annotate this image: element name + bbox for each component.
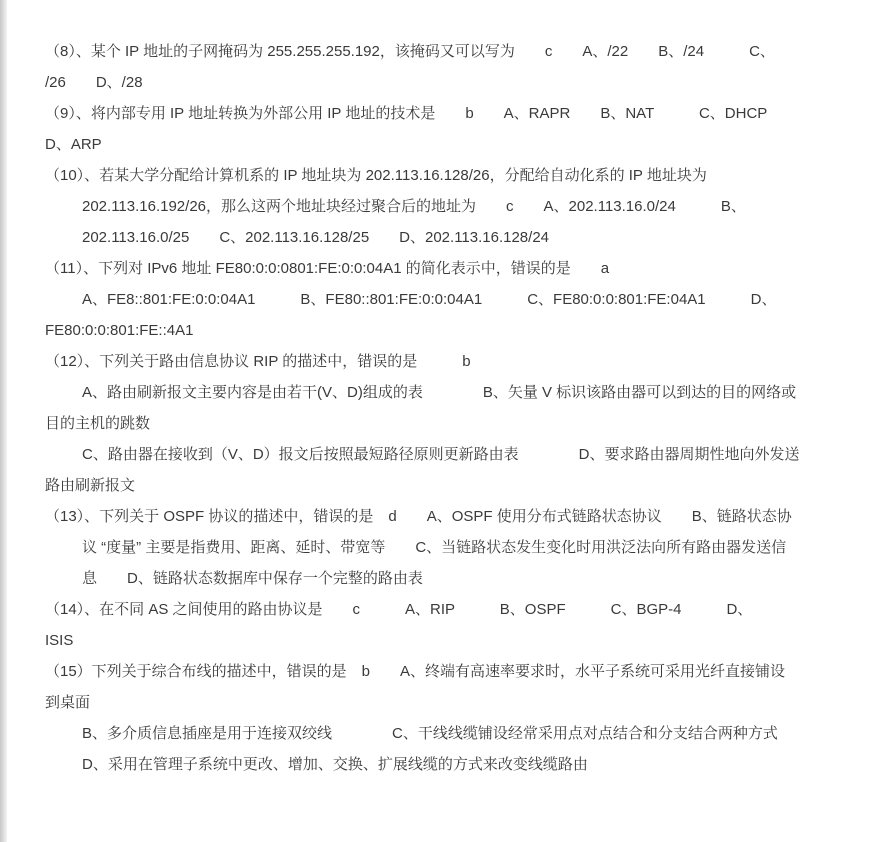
question-block-12: （12）、下列关于路由信息协议 RIP 的描述中，错误的是 bA、路由刷新报文主… — [45, 346, 835, 501]
question-block-14: （14）、在不同 AS 之间使用的路由协议是 c A、RIP B、OSPF C、… — [45, 594, 835, 656]
question-block-15: （15）下列关于综合布线的描述中，错误的是 b A、终端有高速率要求时，水平子系… — [45, 656, 835, 780]
page-left-edge — [0, 0, 7, 842]
question-line: 202.113.16.192/26，那么这两个地址块经过聚合后的地址为 c A、… — [82, 191, 835, 222]
question-line: D、采用在管理子系统中更改、增加、交换、扩展线缆的方式来改变线缆路由 — [82, 749, 835, 780]
question-line: 目的主机的跳数 — [45, 408, 835, 439]
question-line: （8）、某个 IP 地址的子网掩码为 255.255.255.192，该掩码又可… — [45, 36, 835, 67]
question-block-8: （8）、某个 IP 地址的子网掩码为 255.255.255.192，该掩码又可… — [45, 36, 835, 98]
question-block-9: （9）、将内部专用 IP 地址转换为外部公用 IP 地址的技术是 b A、RAP… — [45, 98, 835, 160]
question-line: 息 D、链路状态数据库中保存一个完整的路由表 — [82, 563, 835, 594]
question-block-13: （13）、下列关于 OSPF 协议的描述中，错误的是 d A、OSPF 使用分布… — [45, 501, 835, 594]
question-line: （14）、在不同 AS 之间使用的路由协议是 c A、RIP B、OSPF C、… — [45, 594, 835, 625]
question-line: 议 “度量” 主要是指费用、距离、延时、带宽等 C、当链路状态发生变化时用洪泛法… — [82, 532, 835, 563]
question-line: （11）、下列对 IPv6 地址 FE80:0:0:0801:FE:0:0:04… — [45, 253, 835, 284]
question-line: ISIS — [45, 625, 835, 656]
document-page: （8）、某个 IP 地址的子网掩码为 255.255.255.192，该掩码又可… — [0, 0, 870, 842]
question-line: （15）下列关于综合布线的描述中，错误的是 b A、终端有高速率要求时，水平子系… — [45, 656, 835, 687]
question-line: B、多介质信息插座是用于连接双绞线 C、干线线缆铺设经常采用点对点结合和分支结合… — [82, 718, 835, 749]
question-line: （10）、若某大学分配给计算机系的 IP 地址块为 202.113.16.128… — [45, 160, 835, 191]
question-block-11: （11）、下列对 IPv6 地址 FE80:0:0:0801:FE:0:0:04… — [45, 253, 835, 346]
question-line: （12）、下列关于路由信息协议 RIP 的描述中，错误的是 b — [45, 346, 835, 377]
question-line: A、路由刷新报文主要内容是由若干(V、D)组成的表 B、矢量 V 标识该路由器可… — [82, 377, 835, 408]
question-line: （9）、将内部专用 IP 地址转换为外部公用 IP 地址的技术是 b A、RAP… — [45, 98, 835, 129]
question-block-10: （10）、若某大学分配给计算机系的 IP 地址块为 202.113.16.128… — [45, 160, 835, 253]
question-line: FE80:0:0:801:FE::4A1 — [45, 315, 835, 346]
question-line: D、ARP — [45, 129, 835, 160]
question-line: C、路由器在接收到（V、D）报文后按照最短路径原则更新路由表 D、要求路由器周期… — [82, 439, 835, 470]
question-line: 到桌面 — [45, 687, 835, 718]
question-line: （13）、下列关于 OSPF 协议的描述中，错误的是 d A、OSPF 使用分布… — [45, 501, 835, 532]
question-line: 202.113.16.0/25 C、202.113.16.128/25 D、20… — [82, 222, 835, 253]
question-line: A、FE8::801:FE:0:0:04A1 B、FE80::801:FE:0:… — [82, 284, 835, 315]
question-line: /26 D、/28 — [45, 67, 835, 98]
question-line: 路由刷新报文 — [45, 470, 835, 501]
question-text-area: （8）、某个 IP 地址的子网掩码为 255.255.255.192，该掩码又可… — [45, 36, 835, 780]
